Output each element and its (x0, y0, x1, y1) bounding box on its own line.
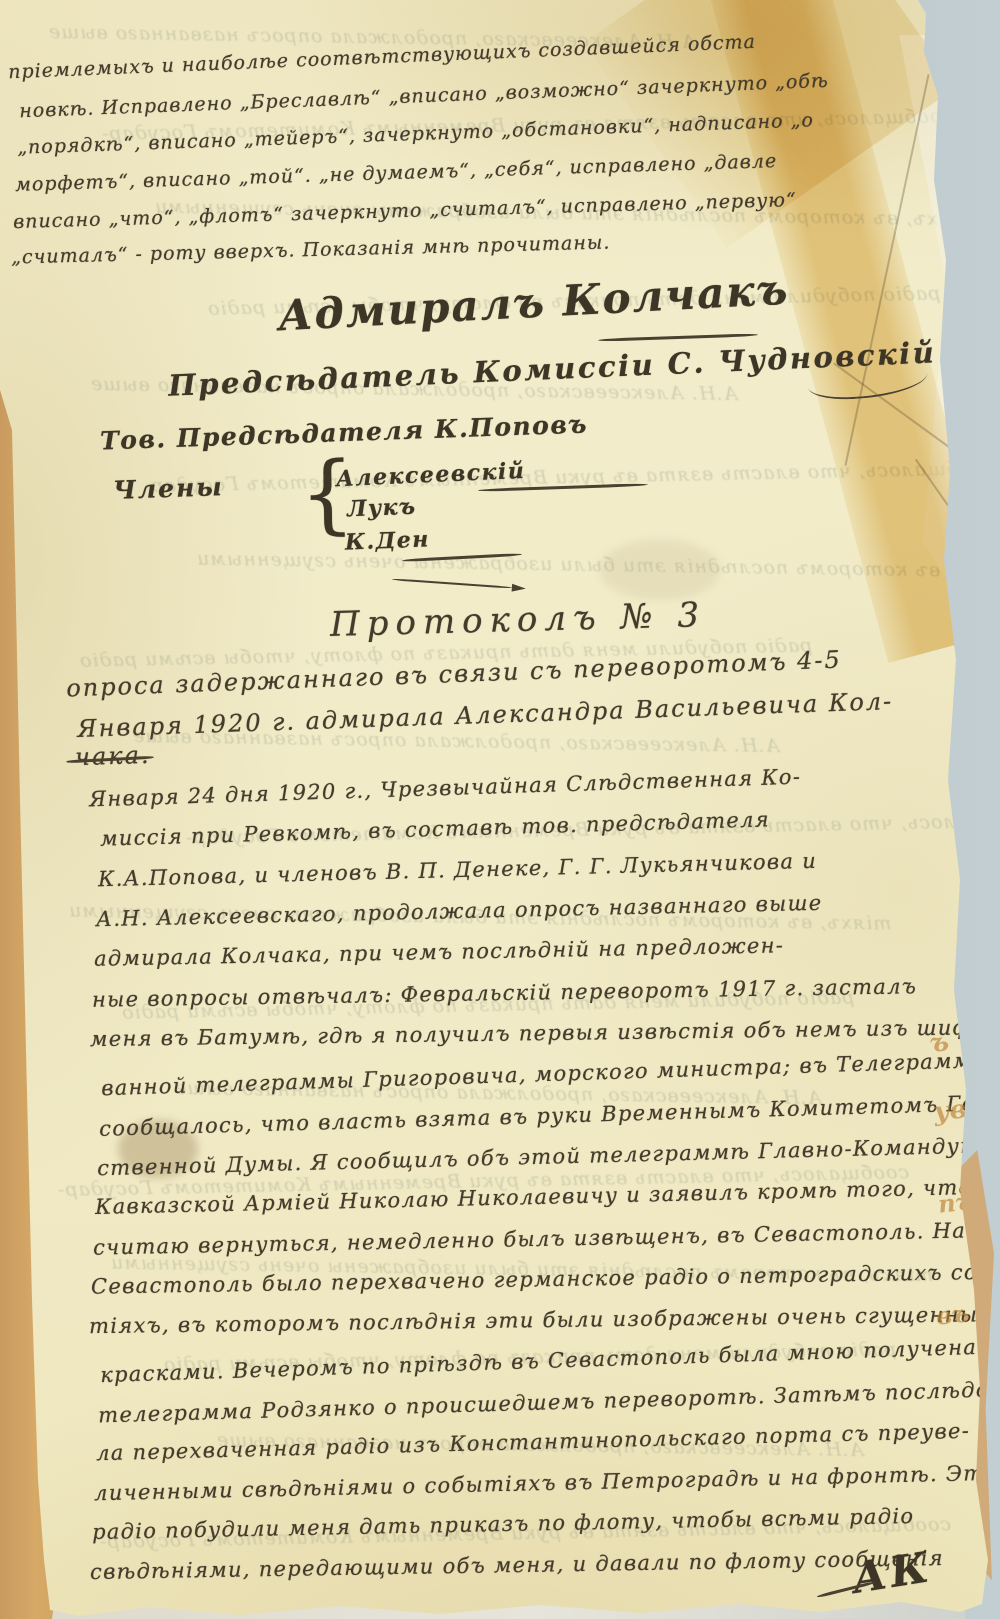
margin-ink-offset-2: ув (933, 1094, 969, 1127)
manuscript-line: считаю вернуться, немедленно былъ извѣще… (93, 1216, 1000, 1259)
correction-line: вписано „что“, „флотъ“ зачеркнуто „счита… (13, 189, 797, 233)
scanned-manuscript-page: пріемлемыхъ и наиболѣе соотвѣтствующихъ … (0, 0, 1000, 1619)
correction-line: „считалъ“ - роту вверхъ. Показанія мнѣ п… (11, 231, 611, 268)
manuscript-line: адмирала Колчака, при чемъ послѣдній на … (94, 933, 785, 970)
signature-admiral-kolchak: Адмиралъ Колчакъ (277, 265, 790, 341)
foxing-stain (600, 540, 720, 600)
manuscript-line: телеграмма Родзянко о происшедшемъ перев… (98, 1376, 1000, 1427)
manuscript-line: свѣдѣніями, передающими объ меня, и дава… (90, 1546, 944, 1584)
members-brace: { (299, 446, 355, 543)
manuscript-line: тіяхъ, въ которомъ послѣднія эти были из… (89, 1302, 1000, 1338)
manuscript-sheet: пріемлемыхъ и наиболѣе соотвѣтствующихъ … (0, 0, 1000, 1619)
manuscript-line: Января 24 дня 1920 г., Чрезвычайная Слѣд… (89, 765, 802, 812)
signature-underline-flourish (598, 333, 758, 342)
correction-line: морфетъ“, вписано „той“. „не думаемъ“, „… (15, 150, 778, 196)
member-signature: К.Ден (345, 526, 431, 555)
manuscript-line: миссія при Ревкомѣ, въ составѣ тов. пред… (100, 807, 770, 850)
members-label: Члены (113, 472, 225, 505)
manuscript-line: личенными свѣдѣніями о событіяхъ въ Петр… (94, 1461, 1000, 1506)
margin-ink-offset-1: ъ (928, 1027, 950, 1059)
member-signature: Лукъ (346, 494, 417, 523)
manuscript-line: К.А.Попова, и членовъ В. П. Денеке, Г. Г… (98, 849, 818, 892)
manuscript-line: красками. Вечеромъ по пріѣздѣ въ Севасто… (100, 1335, 978, 1387)
member-arrow-flourish (392, 575, 526, 592)
margin-ink-offset-4: въ (935, 1298, 971, 1330)
